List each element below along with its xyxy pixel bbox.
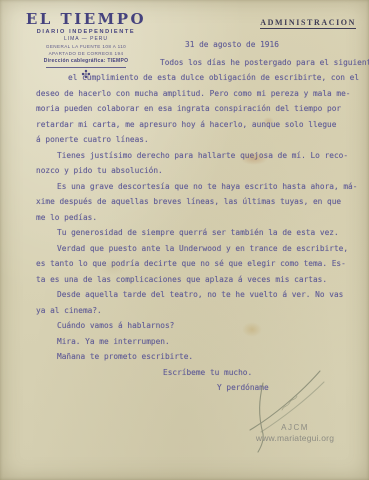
typed-line: Mira. Ya me interrumpen. [57, 337, 170, 346]
typed-line: ya al cinema?. [36, 306, 102, 315]
typed-line: Y perdóname [217, 383, 269, 392]
typed-line: es tanto lo que podría decirte que no sé… [36, 259, 346, 268]
typed-line: ta es una de las complicaciones que apla… [36, 275, 327, 284]
paper-stain [242, 322, 262, 337]
letter-page: EL TIEMPO DIARIO INDEPENDIENTE LIMA — PE… [0, 0, 369, 480]
typed-line: Cuándo vamos á hablarnos? [57, 321, 174, 330]
newspaper-subtitle: DIARIO INDEPENDIENTE [24, 29, 148, 35]
typed-line: Verdad que puesto ante la Underwood y en… [57, 244, 348, 253]
typed-line: deseo de hacerlo con mucha amplitud. Per… [36, 89, 351, 98]
typed-line: nozco y pido tu absolución. [36, 166, 163, 175]
letterhead: EL TIEMPO DIARIO INDEPENDIENTE LIMA — PE… [24, 11, 148, 81]
newspaper-location: LIMA — PERU [24, 36, 148, 42]
newspaper-address-line1: GENERAL LA FUENTE 108 A 110 [24, 44, 148, 49]
typed-line: Tienes justísimo derecho para hallarte q… [57, 151, 348, 160]
archive-watermark: AJCM www.mariategui.org [230, 423, 360, 443]
typed-line: Mañana te prometo escribirte. [57, 352, 193, 361]
typed-line: Es una grave descortesía que no te haya … [57, 182, 357, 191]
newspaper-address-line2: APARTADO DE CORREOS 194 [24, 51, 148, 56]
archive-initials: AJCM [230, 423, 360, 432]
typed-line: Todos los días he postergado para el sig… [160, 58, 369, 67]
newspaper-title: EL TIEMPO [24, 11, 148, 27]
letterhead-divider [46, 67, 126, 68]
typed-line: retardar mi carta, me apresuro hoy á hac… [36, 120, 336, 129]
typed-line: moria pueden colaborar en esa ingrata co… [36, 104, 341, 113]
archive-url: www.mariategui.org [230, 433, 360, 443]
typed-line: á ponerte cuatro líneas. [36, 135, 149, 144]
typed-line: Desde aquella tarde del teatro, no te he… [57, 290, 343, 299]
typed-line: Tu generosidad de siempre querrá ser tam… [57, 228, 339, 237]
typed-line: el cumplimiento de esta dulce obligación… [68, 73, 359, 82]
administration-label: ADMINISTRACION [260, 18, 356, 29]
typed-line: Escríbeme tu mucho. [163, 368, 252, 377]
typed-line: xime después de aquellas breves líneas, … [36, 197, 341, 206]
date-line: 31 de agosto de 1916 [185, 40, 279, 49]
cable-address-line: Dirección cablegráfica: TIEMPO [24, 58, 148, 64]
typed-line: me lo pedías. [36, 213, 97, 222]
